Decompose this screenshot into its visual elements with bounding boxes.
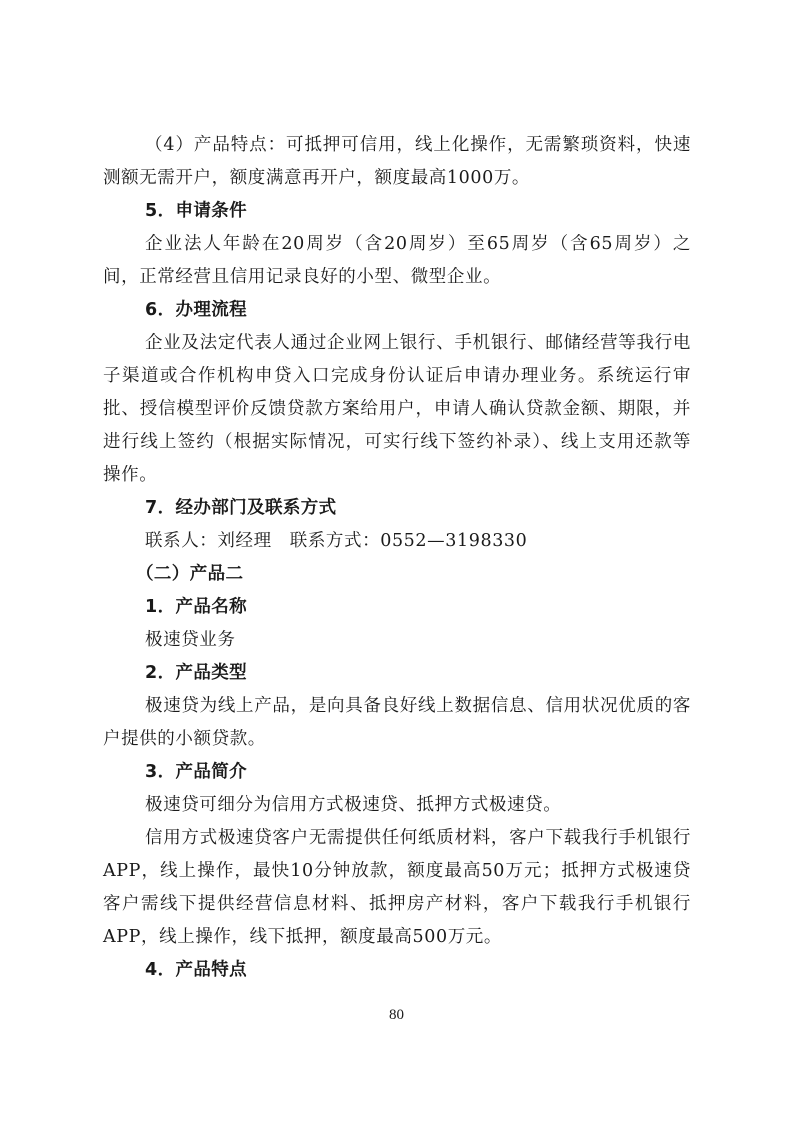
contact-method-label: 联系方式： [290, 531, 381, 551]
heading-product-type: 2．产品类型 [103, 657, 691, 690]
heading-product-name: 1．产品名称 [103, 591, 691, 624]
application-conditions-paragraph: 企业法人年龄在20周岁（含20周岁）至65周岁（含65周岁）之间，正常经营且信用… [103, 228, 691, 294]
product-intro-paragraph-2: 信用方式极速贷客户无需提供任何纸质材料，客户下载我行手机银行APP，线上操作，最… [103, 822, 691, 954]
contact-person-label: 联系人： [145, 531, 217, 551]
product-features-paragraph: （4）产品特点：可抵押可信用，线上化操作，无需繁琐资料，快速测额无需开户，额度满… [103, 129, 691, 195]
heading-department-contact: 7．经办部门及联系方式 [103, 492, 691, 525]
section-heading-product-two: （二）产品二 [103, 558, 691, 591]
product-intro-paragraph-1: 极速贷可细分为信用方式极速贷、抵押方式极速贷。 [103, 789, 691, 822]
contact-phone: 0552—3198330 [380, 531, 527, 551]
heading-product-intro: 3．产品简介 [103, 756, 691, 789]
page-number: 80 [0, 1007, 793, 1024]
product-type-paragraph: 极速贷为线上产品，是向具备良好线上数据信息、信用状况优质的客户提供的小额贷款。 [103, 690, 691, 756]
contact-line: 联系人：刘经理联系方式：0552—3198330 [103, 525, 691, 558]
heading-process: 6．办理流程 [103, 294, 691, 327]
process-paragraph: 企业及法定代表人通过企业网上银行、手机银行、邮储经营等我行电子渠道或合作机构申贷… [103, 327, 691, 492]
heading-application-conditions: 5．申请条件 [103, 195, 691, 228]
contact-person: 刘经理 [217, 531, 271, 551]
heading-product-features: 4．产品特点 [103, 954, 691, 987]
product-name-paragraph: 极速贷业务 [103, 624, 691, 657]
document-page: （4）产品特点：可抵押可信用，线上化操作，无需繁琐资料，快速测额无需开户，额度满… [103, 129, 691, 987]
